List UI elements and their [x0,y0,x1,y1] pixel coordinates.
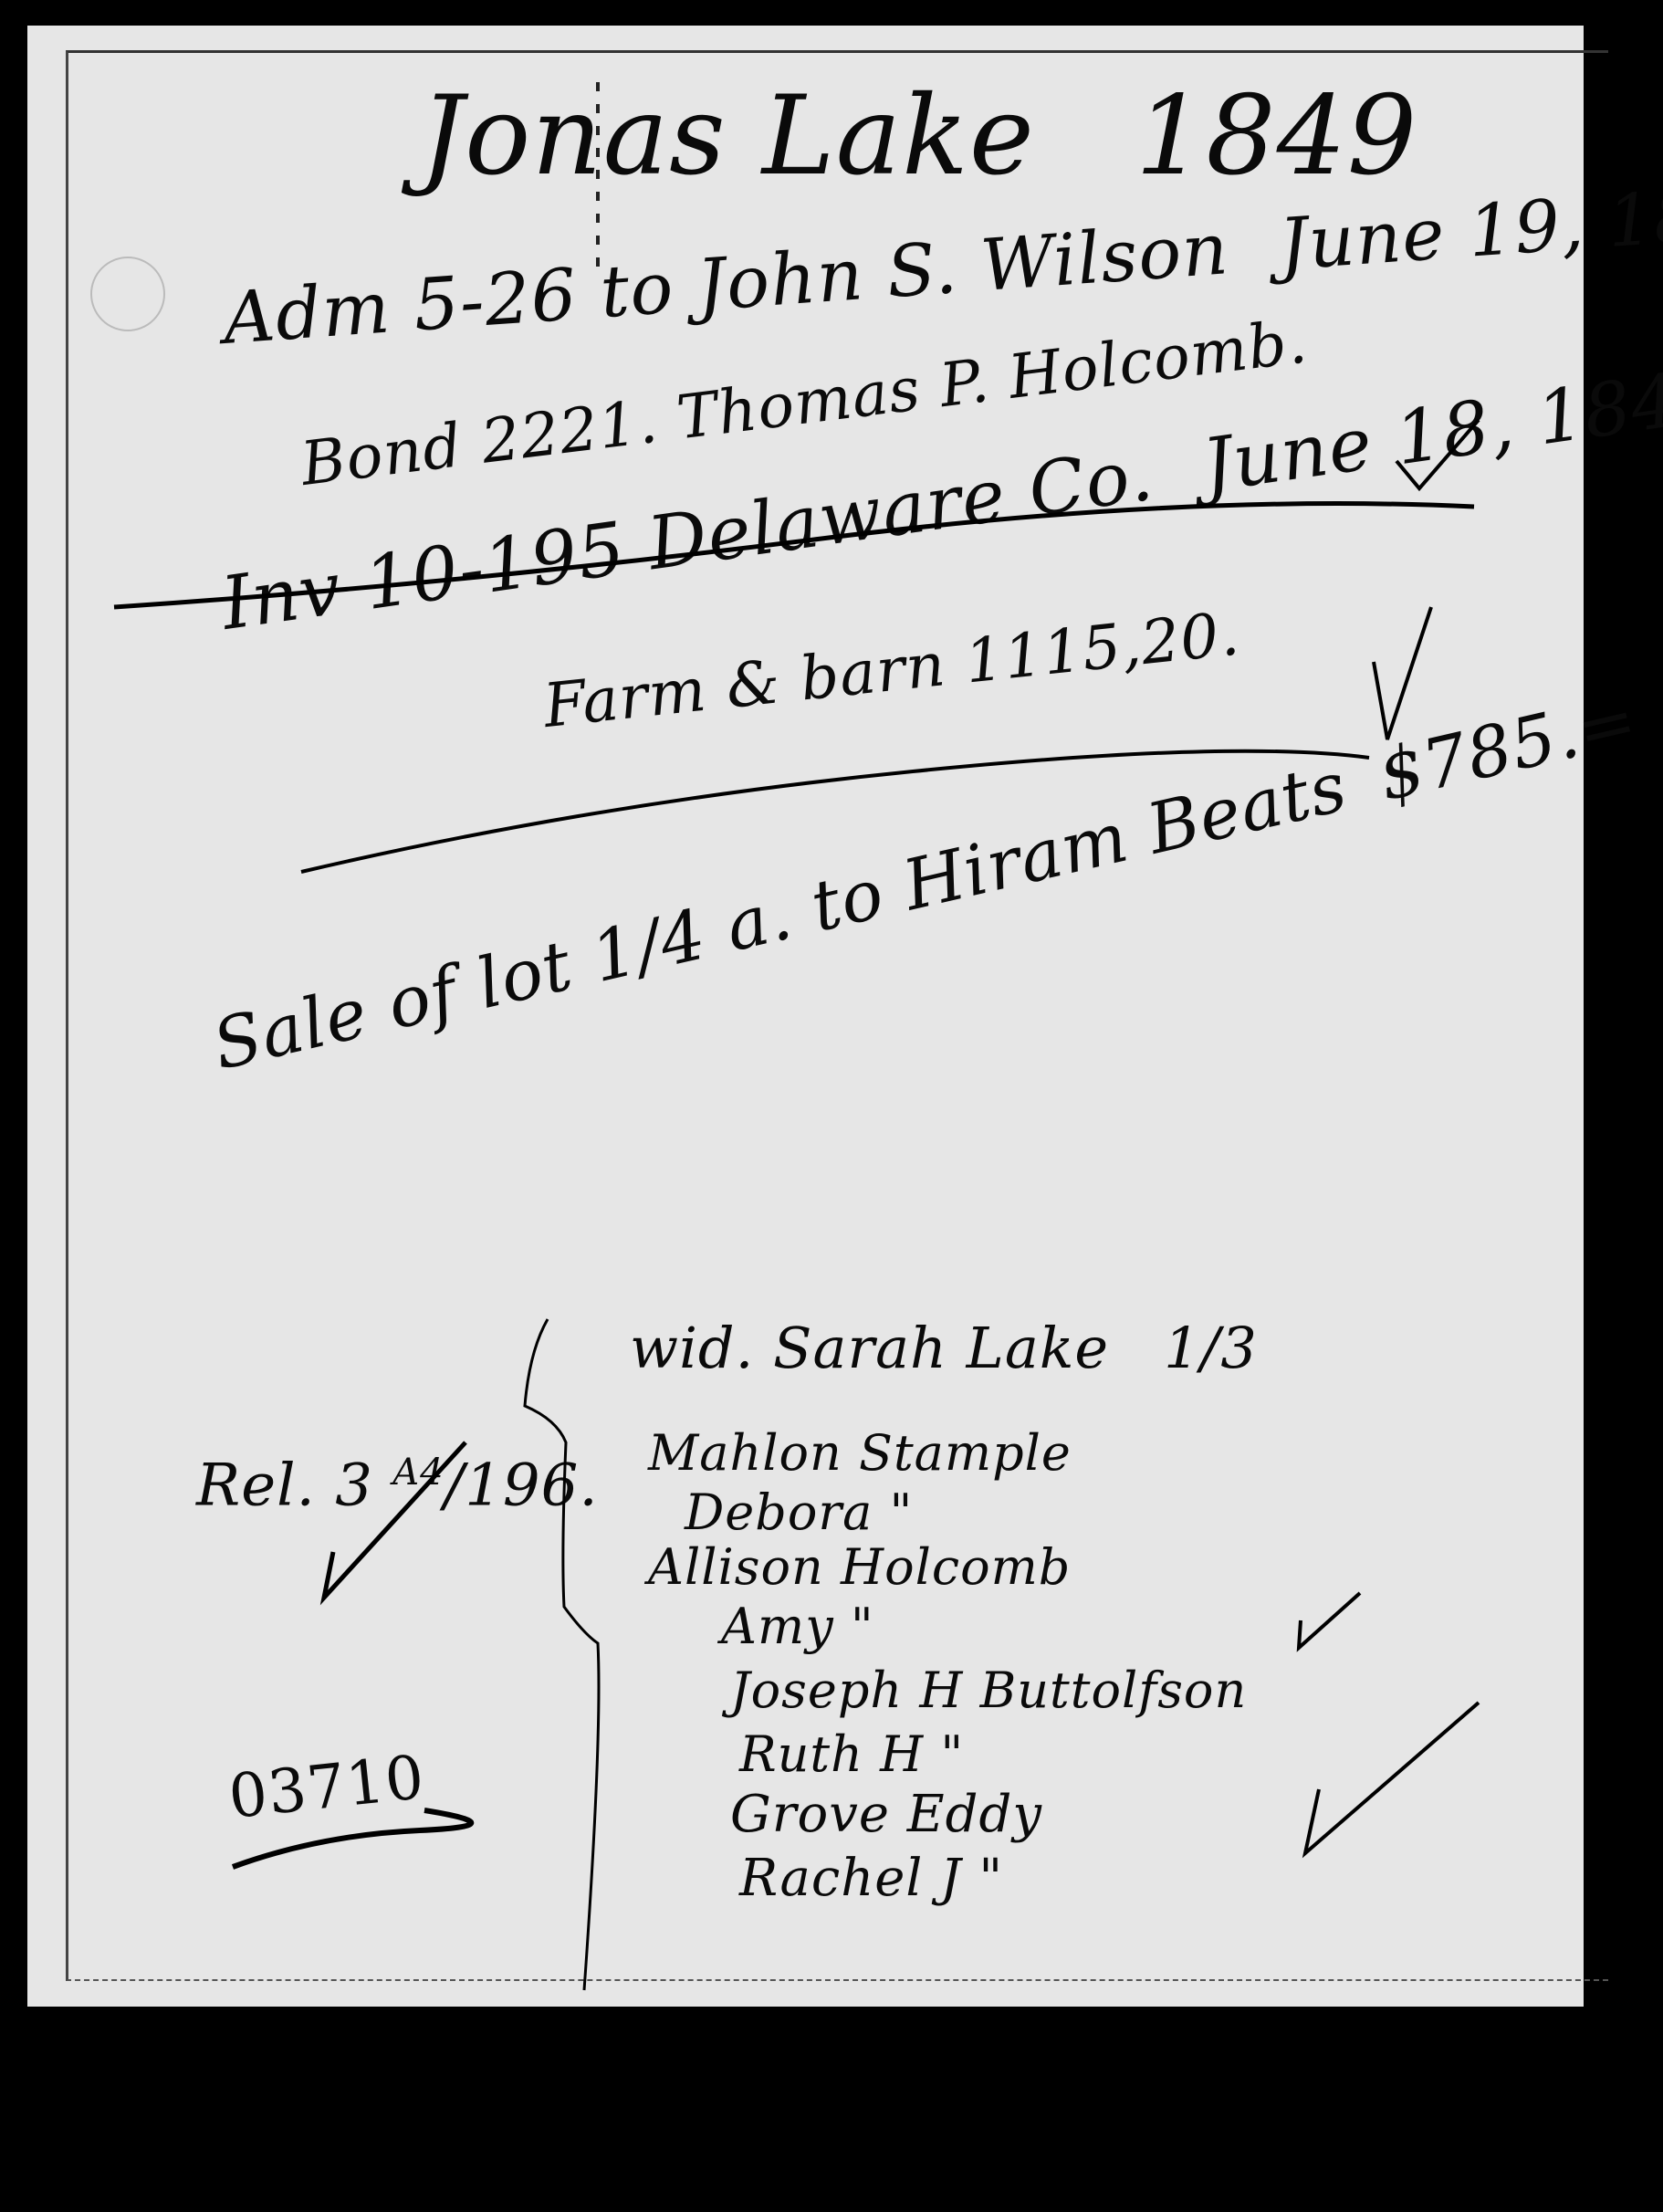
page-title: Jonas Lake1849 [420,73,1417,200]
heir-name: Allison Holcomb [648,1538,1071,1596]
heir-name: Grove Eddy [730,1785,1042,1844]
heir-name: Amy " [721,1598,874,1655]
release-reference: Rel. 3 A4/196. [196,1452,599,1519]
title-year: 1849 [1135,73,1417,200]
heir-name: Debora " [685,1483,913,1541]
heir-name: Joseph H Buttolfson [730,1662,1247,1719]
heir-name: Rachel J " [739,1849,1003,1908]
widow-share: 1/3 [1164,1315,1258,1381]
widow-entry: wid. Sarah Lake1/3 [630,1315,1258,1381]
decedent-name: Jonas Lake [420,73,1035,200]
heir-name: Mahlon Stample [648,1424,1072,1482]
heir-name: Ruth H " [739,1725,964,1783]
